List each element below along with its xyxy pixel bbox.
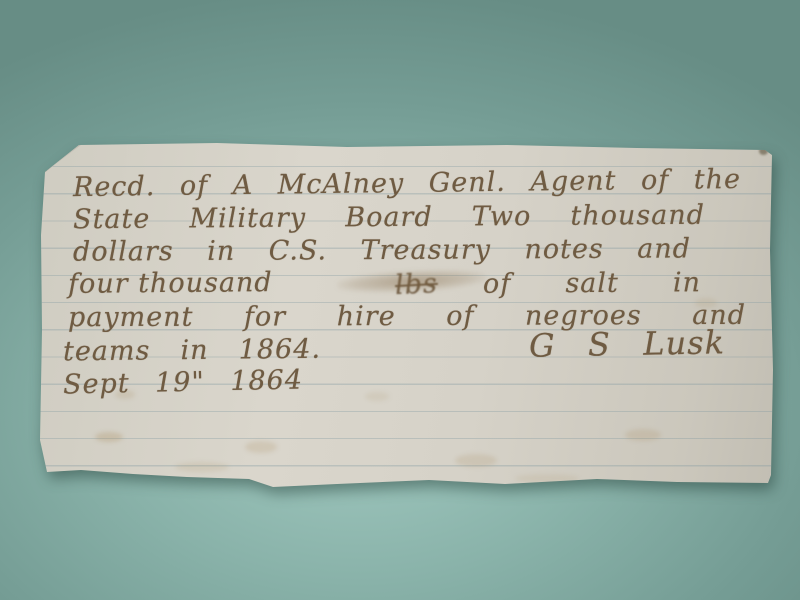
handwriting-line-6: teams in 1864. — [63, 336, 321, 366]
foxing-stain — [625, 429, 661, 441]
foxing-stain — [515, 474, 579, 483]
signature: G S Lusk — [529, 326, 726, 361]
photo-background: Recd. of A McAlney Genl. Agent of the St… — [0, 0, 800, 600]
foxing-stain — [95, 432, 123, 442]
date-line: Sept 19" 1864 — [63, 366, 304, 398]
handwriting-line-3: dollars in C.S. Treasury notes and — [73, 235, 691, 265]
receipt-paper: Recd. of A McAlney Genl. Agent of the St… — [37, 140, 773, 487]
foxing-stain — [455, 454, 497, 467]
folded-corner — [44, 141, 86, 173]
paper-shadow-wrap: Recd. of A McAlney Genl. Agent of the St… — [0, 0, 800, 600]
foxing-stain — [245, 441, 277, 453]
foxing-stain — [175, 462, 229, 472]
handwriting-line-4-start: four thousand — [68, 269, 273, 298]
foxing-stain — [365, 392, 389, 401]
handwriting-line-1: Recd. of A McAlney Genl. Agent of the — [73, 166, 741, 201]
handwriting-smudged-word: lbs — [394, 270, 438, 299]
handwriting-line-2: State Military Board Two thousand — [73, 202, 705, 233]
handwriting-line-4-end: of salt in — [483, 269, 701, 298]
corner-tear-mark — [759, 147, 768, 155]
